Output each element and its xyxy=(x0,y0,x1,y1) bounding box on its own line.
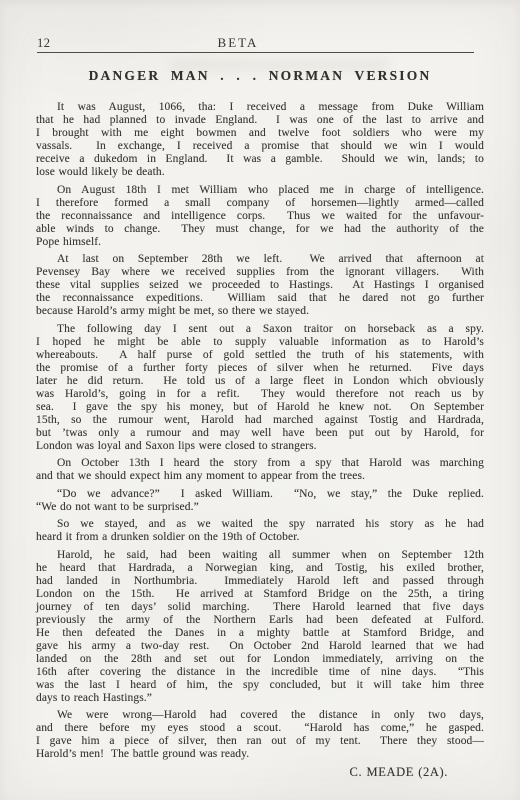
publication-title: BETA xyxy=(0,35,476,51)
paragraph: On August 18th I met William who placed … xyxy=(36,184,484,249)
text-line: that he had planned to invade England. I… xyxy=(36,114,484,127)
text-line: I gave him a piece of silver, then ran o… xyxy=(36,735,484,748)
text-line: On October 13th I heard the story from a… xyxy=(36,457,484,470)
text-line: days to reach Hastings.” xyxy=(36,692,484,705)
text-line: vassals. In exchange, I received a promi… xyxy=(36,140,484,153)
text-line: heard it from a drunken soldier on the 1… xyxy=(36,531,484,544)
text-line: was the last I heard of him, the spy con… xyxy=(36,679,484,692)
text-line: later he did return. He told us of a lar… xyxy=(36,375,484,388)
text-line: previously the army of the Northern Earl… xyxy=(36,614,484,627)
text-line: these vital supplies seized we proceeded… xyxy=(36,279,484,292)
text-line: Harold’s men! The battle ground was read… xyxy=(36,748,484,761)
text-line: At last on September 28th we left. We ar… xyxy=(36,253,484,266)
paragraph: It was August, 1066, tha: I received a m… xyxy=(36,101,484,179)
scanned-magazine-page: 12 BETA DANGER MAN . . . NORMAN VERSION … xyxy=(0,0,520,800)
text-line: able winds to change. They must change, … xyxy=(36,223,484,236)
text-line: sea. I gave the spy his money, but of Ha… xyxy=(36,401,484,414)
text-line: On August 18th I met William who placed … xyxy=(36,184,484,197)
paragraph: “Do we advance?” I asked William. “No, w… xyxy=(36,488,484,514)
text-line: because Harold’s army might be met, so t… xyxy=(36,305,484,318)
text-line: had landed in Northumbria. Immediately H… xyxy=(36,575,484,588)
text-line: landed on the 28th and set out for Londo… xyxy=(36,653,484,666)
text-line: whereabouts. A half purse of gold settle… xyxy=(36,349,484,362)
text-line: I therefore formed a small company of ho… xyxy=(36,197,484,210)
text-line: I brought with me eight bowmen and twelv… xyxy=(36,127,484,140)
text-line: 15th, so the rumour went, Harold had mar… xyxy=(36,414,484,427)
paragraph: Harold, he said, had been waiting all su… xyxy=(36,549,484,705)
text-line: Harold, he said, had been waiting all su… xyxy=(36,549,484,562)
paragraph: The following day I sent out a Saxon tra… xyxy=(36,323,484,453)
text-line: but ’twas only a rumour and may well hav… xyxy=(36,427,484,440)
text-line: and there before my eyes stood a scout. … xyxy=(36,722,484,735)
text-line: So we stayed, and as we waited the spy n… xyxy=(36,518,484,531)
text-line: London was loyal and Saxon lips were clo… xyxy=(36,440,484,453)
header-rule xyxy=(37,52,474,53)
text-line: the reconnaissance and intelligence corp… xyxy=(36,210,484,223)
article-body: It was August, 1066, tha: I received a m… xyxy=(36,101,484,779)
text-line: 16th after covering the distance in the … xyxy=(36,666,484,679)
text-line: journey of ten days’ solid marching. The… xyxy=(36,601,484,614)
text-line: The following day I sent out a Saxon tra… xyxy=(36,323,484,336)
text-line: the promise of a further forty pieces of… xyxy=(36,362,484,375)
article-title: DANGER MAN . . . NORMAN VERSION xyxy=(0,68,520,84)
text-line: was Harold’s, going in for a refit. They… xyxy=(36,388,484,401)
text-line: It was August, 1066, tha: I received a m… xyxy=(36,101,484,114)
text-line: receive a dukedom in England. It was a g… xyxy=(36,153,484,166)
text-line: We were wrong—Harold had covered the dis… xyxy=(36,709,484,722)
text-line: he heard that Hardrada, a Norwegian king… xyxy=(36,562,484,575)
text-line: “Do we advance?” I asked William. “No, w… xyxy=(36,488,484,501)
paragraph: At last on September 28th we left. We ar… xyxy=(36,253,484,318)
text-line: Pevensey Bay where we received supplies … xyxy=(36,266,484,279)
paragraph: So we stayed, and as we waited the spy n… xyxy=(36,518,484,544)
text-line: and that we should expect him any moment… xyxy=(36,470,484,483)
text-line: He then defeated the Danes in a mighty b… xyxy=(36,627,484,640)
text-line: London on the 15th. He arrived at Stamfo… xyxy=(36,588,484,601)
text-line: lose would likely be death. xyxy=(36,166,484,179)
paragraph: We were wrong—Harold had covered the dis… xyxy=(36,709,484,761)
text-line: “We do not want to be surprised.” xyxy=(36,501,484,514)
text-line: the reconnaissance expeditions. William … xyxy=(36,292,484,305)
text-line: I hoped he might be able to supply valua… xyxy=(36,336,484,349)
paragraph: On October 13th I heard the story from a… xyxy=(36,457,484,483)
text-line: gave his army a two-day rest. On October… xyxy=(36,640,484,653)
author-byline: C. MEADE (2A). xyxy=(36,766,484,779)
text-line: Pope himself. xyxy=(36,236,484,249)
